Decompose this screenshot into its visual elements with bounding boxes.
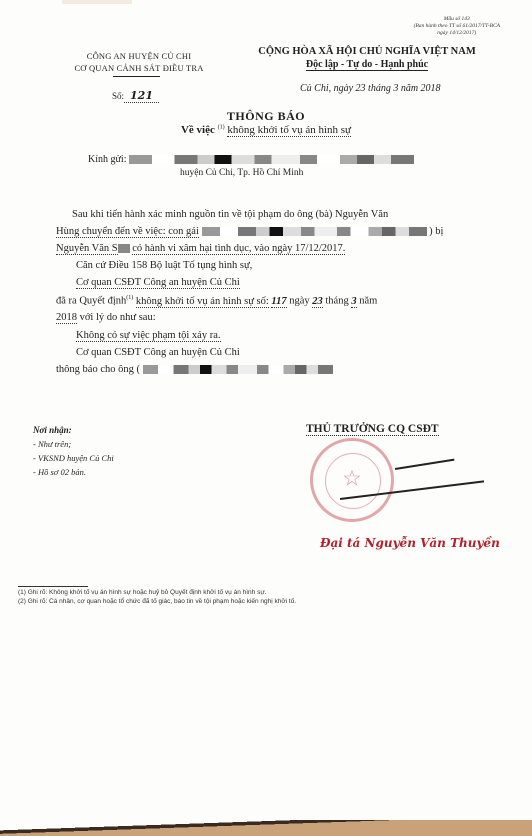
body-paragraph-line: Sau khi tiến hành xác minh nguồn tin về …	[72, 209, 388, 220]
footnote: (1) Ghi rõ: Không khởi tố vụ án hình sự …	[18, 588, 296, 597]
addressee-label: Kính gửi:	[88, 154, 126, 165]
body-text: đã ra Quyết định	[56, 296, 126, 307]
doc-no-value: 121	[124, 89, 159, 103]
tape-strip	[62, 0, 132, 4]
issuing-agency: CÔNG AN HUYỆN CỦ CHI CƠ QUAN CẢNH SÁT ĐI…	[64, 50, 214, 74]
body-text: tháng	[325, 296, 348, 307]
redacted-block	[129, 155, 414, 164]
body-text: với lý do như sau:	[80, 312, 156, 323]
document-title: THÔNG BÁO	[0, 109, 532, 124]
body-text: ngày	[289, 296, 309, 307]
star-icon: ☆	[342, 466, 362, 492]
agency-line: Cơ quan CSĐT Công an huyện Củ Chi	[76, 277, 240, 288]
body-paragraph-line: Nguyễn Văn S có hành vi xâm hại tình dục…	[56, 243, 345, 254]
signer-title: THỦ TRƯỞNG CQ CSĐT	[306, 423, 439, 436]
subject-footnote-ref: (1)	[218, 124, 225, 130]
subject-label: Về việc	[181, 124, 215, 136]
doc-no-label: Số:	[112, 91, 124, 101]
motto-text: Độc lập - Tự do - Hạnh phúc	[306, 59, 428, 71]
form-reference: Mẫu số 143 (Ban hành theo TT số 61/2017/…	[414, 16, 500, 37]
body-text: Nguyễn Văn S	[56, 243, 118, 255]
subject-text: không khởi tố vụ án hình sự	[227, 124, 351, 137]
official-seal: ☆	[310, 438, 394, 522]
form-ref-line: ngày 14/12/2017)	[414, 30, 500, 37]
addressee: Kính gửi:	[88, 154, 414, 165]
decision-month: 3	[351, 296, 356, 308]
national-motto: Độc lập - Tự do - Hạnh phúc	[252, 59, 482, 70]
signature-stroke	[395, 459, 454, 470]
redacted-block	[202, 227, 427, 236]
body-text: Hùng chuyển đến về việc: con gái	[56, 226, 199, 238]
legal-basis: Căn cứ Điều 158 Bộ luật Tố tụng hình sự,	[76, 260, 252, 271]
agency-line-1: CÔNG AN HUYỆN CỦ CHI	[64, 50, 214, 62]
recipient-item: - Hồ sơ 02 bản.	[33, 465, 114, 479]
form-ref-line: (Ban hành theo TT số 61/2017/TT-BCA	[414, 23, 500, 30]
body-text: ) bị	[429, 226, 443, 237]
footnote: (2) Ghi rõ: Cá nhân, cơ quan hoặc tổ chứ…	[18, 597, 296, 606]
reason: Không có sự việc phạm tội xảy ra.	[76, 330, 221, 341]
footnotes: (1) Ghi rõ: Không khởi tố vụ án hình sự …	[18, 588, 296, 606]
place-date: Củ Chi, ngày 23 tháng 3 năm 2018	[300, 83, 441, 94]
redacted-block	[118, 244, 130, 253]
decision-year: 2018	[56, 312, 77, 324]
reason-text: Không có sự việc phạm tội xảy ra.	[76, 330, 221, 342]
reason-intro: 2018 với lý do như sau:	[56, 312, 156, 323]
paper-edge	[0, 820, 532, 836]
body-text: có hành vi xâm hại tình dục, vào ngày 17…	[132, 243, 345, 255]
agency-underline	[113, 76, 160, 77]
decision-line: đã ra Quyết định(1) không khởi tố vụ án …	[56, 295, 377, 307]
addressee-line-2: huyện Củ Chi, Tp. Hồ Chí Minh	[180, 168, 303, 178]
footnote-ref: (1)	[126, 295, 133, 301]
body-text: thông báo cho ông (	[56, 364, 140, 375]
decision-number: 117	[271, 296, 286, 308]
decision-day: 23	[312, 296, 323, 308]
footnote-divider	[18, 586, 88, 587]
form-ref-line: Mẫu số 143	[414, 16, 500, 23]
document-subject: Về việc (1) không khởi tố vụ án hình sự	[0, 124, 532, 136]
body-text: năm	[359, 296, 377, 307]
signer-name: Đại tá Nguyễn Văn Thuyền	[320, 536, 500, 550]
body-text: Cơ quan CSĐT Công an huyện Củ Chi	[76, 277, 240, 289]
notify-agency: Cơ quan CSĐT Công an huyện Củ Chi	[76, 347, 240, 358]
body-paragraph-line: Hùng chuyển đến về việc: con gái ) bị	[56, 226, 443, 237]
recipients-list: Nơi nhận: - Như trên; - VKSND huyện Củ C…	[33, 423, 114, 479]
body-text: không khởi tố vụ án hình sự số:	[136, 296, 269, 308]
document-number: Số:121	[112, 89, 159, 102]
notify-line: thông báo cho ông (	[56, 364, 333, 375]
national-title: CỘNG HÒA XÃ HỘI CHỦ NGHĨA VIỆT NAM	[252, 45, 482, 58]
recipient-item: - VKSND huyện Củ Chi	[33, 451, 114, 465]
redacted-block	[143, 365, 333, 374]
recipient-item: - Như trên;	[33, 437, 114, 451]
agency-line-2: CƠ QUAN CẢNH SÁT ĐIỀU TRA	[64, 62, 214, 74]
recipients-heading: Nơi nhận:	[33, 423, 114, 437]
